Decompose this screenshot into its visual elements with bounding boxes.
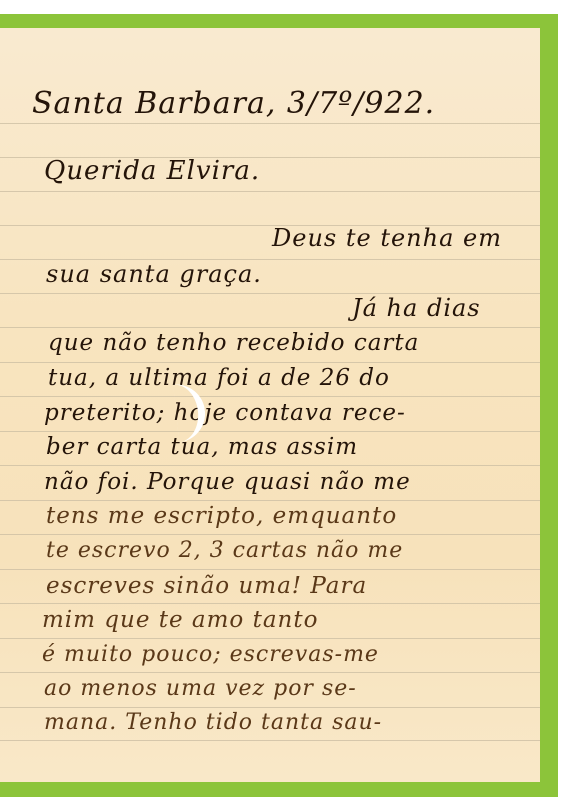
rule-line <box>0 534 540 535</box>
body-line: mim que te amo tanto <box>42 607 318 633</box>
rule-line <box>0 191 540 192</box>
body-line: preterito; hoje contava rece- <box>44 400 406 426</box>
letter-paper: Santa Barbara, 3/7º/922. Querida Elvira.… <box>0 28 540 782</box>
body-line: tua, a ultima foi a de 26 do <box>48 365 390 391</box>
salutation: Querida Elvira. <box>44 156 260 186</box>
rule-line <box>0 603 540 604</box>
place-date-heading: Santa Barbara, 3/7º/922. <box>32 86 435 121</box>
body-line: ao menos uma vez por se- <box>44 676 357 701</box>
body-line: mana. Tenho tido tanta sau- <box>44 710 382 735</box>
body-line: sua santa graça. <box>46 260 262 288</box>
body-line: que não tenho recebido carta <box>48 330 419 356</box>
rule-line <box>0 500 540 501</box>
rule-line <box>0 123 540 124</box>
body-line: é muito pouco; escrevas-me <box>42 642 379 667</box>
body-line: não foi. Porque quasi não me <box>44 469 411 495</box>
rule-line <box>0 707 540 708</box>
rule-line <box>0 465 540 466</box>
rule-line <box>0 327 540 328</box>
body-line: Já ha dias <box>352 294 481 322</box>
body-line: ber carta tua, mas assim <box>46 434 358 460</box>
rule-line <box>0 740 540 741</box>
body-line: te escrevo 2, 3 cartas não me <box>46 538 403 563</box>
rule-line <box>0 431 540 432</box>
rule-line <box>0 396 540 397</box>
body-line: tens me escripto, emquanto <box>46 503 397 529</box>
rule-line <box>0 362 540 363</box>
rule-line <box>0 569 540 570</box>
rule-line <box>0 672 540 673</box>
body-line: Deus te tenha em <box>272 224 502 252</box>
body-line: escreves sinão uma! Para <box>46 573 367 599</box>
rule-line <box>0 638 540 639</box>
